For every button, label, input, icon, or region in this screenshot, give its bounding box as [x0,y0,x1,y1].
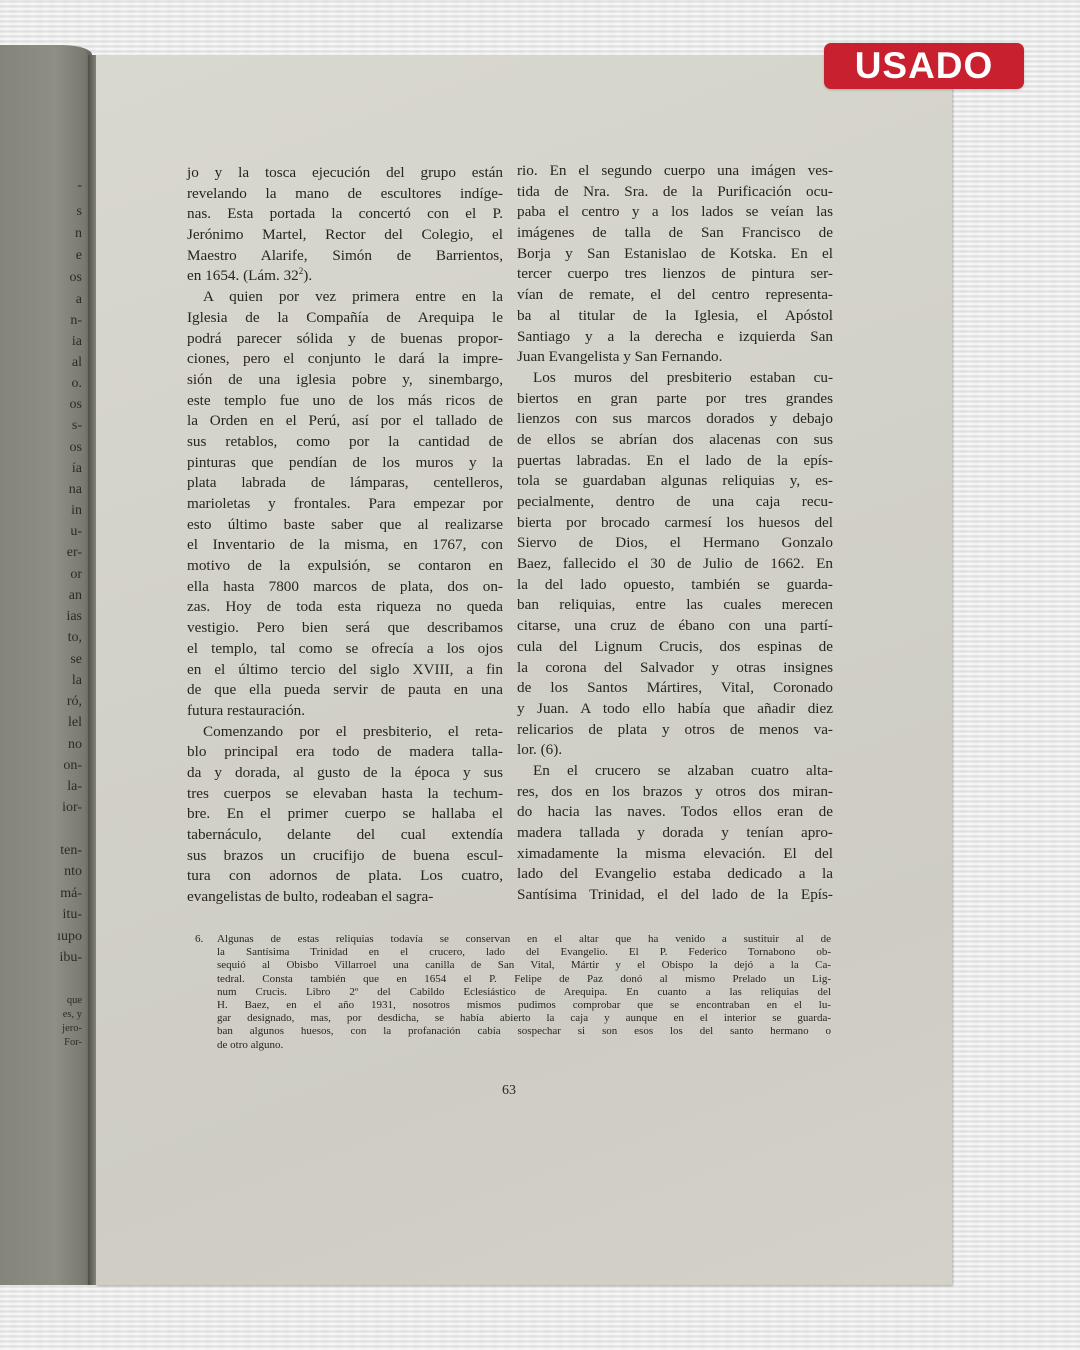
left-page-text-fragment: itu- [63,908,82,922]
left-page-text-fragment: no [68,738,82,752]
text-line: Siervo de Dios, el Hermano Gonzalo [517,533,833,554]
text-line: y Juan. A todo ello había que añadir die… [517,699,833,720]
text-line: rio. En el segundo cuerpo una imágen ves… [517,161,833,182]
text-line: lado del Evangelio estaba dedicado a la [517,864,833,885]
right-text-column: rio. En el segundo cuerpo una imágen ves… [517,161,833,906]
left-page-text-fragment: ró, [67,695,82,709]
left-page-text-fragment: ten- [60,844,82,858]
left-page-text-fragment: s [77,205,82,219]
text-line: este templo fue uno de los más ricos de [187,391,503,412]
left-page-text-fragment: er- [67,546,82,560]
left-page-text-fragment: os [70,271,82,285]
left-page-text-fragment: ior- [62,801,82,815]
text-line: relicarios de plata y otros de menos va- [517,720,833,741]
left-page-text-fragment: lel [68,716,82,730]
text-line: ella hasta 7800 marcos de plata, dos on- [187,577,503,598]
left-page-text-fragment: an [69,589,82,603]
left-page-text-fragment: ia [72,335,82,349]
text-line: bierta por brocado carmesí los huesos de… [517,513,833,534]
left-page-text-fragment: má- [60,887,82,901]
left-page-text-fragment: la [72,674,82,688]
text-line: la corona del Salvador y otras insignes [517,658,833,679]
left-page-text-fragment: os [70,398,82,412]
text-line: Maestro Alarife, Simón de Barrientos, [187,246,503,267]
text-line: tabernáculo, delante del cual extendía [187,825,503,846]
left-page-text-fragment: e [76,249,82,263]
text-line: podrá parecer sólida y de buenas propor- [187,329,503,350]
footnote-line: num Crucis. Libro 2º del Cabildo Eclesiá… [195,986,831,999]
text-line: futura restauración. [187,701,503,722]
text-line: sión de una iglesia pobre y, sinembargo, [187,370,503,391]
text-line: Juan Evangelista y San Fernando. [517,347,833,368]
text-line: blo principal era todo de madera talla- [187,742,503,763]
text-line: ciones, pero el conjunto le dará la impr… [187,349,503,370]
footnote-line: 6.Algunas de estas reliquias todavía se … [195,933,831,946]
left-page-text-fragment: - [77,179,82,193]
text-line: el Inventario de la misma, en 1767, con [187,535,503,556]
text-line: tercer cuerpo tres lienzos de pintura se… [517,264,833,285]
left-page-text-fragment: al [72,356,82,370]
left-book-page: -sneosan-iaalo.oss-osíanainu-er-oraniast… [0,45,92,1285]
text-line: lor. (6). [517,740,833,761]
footnote-line: sequió al Obisbo Villarroel una canilla … [195,959,831,972]
used-condition-badge: USADO [824,43,1024,89]
text-line: de ellos se abrían dos alacenas con sus [517,430,833,451]
text-line: evangelistas de bulto, rodeaban el sagra… [187,887,503,908]
left-page-text-fragment: se [70,653,82,667]
footnote-text: Algunas de estas reliquias todavía se co… [217,933,831,945]
text-line: bre. En el primer cuerpo se hallaba el [187,804,503,825]
text-line: de los Santos Mártires, Vital, Coronado [517,678,833,699]
text-line: tura con adornos de plata. Los cuatro, [187,866,503,887]
text-line: vían de remate, el del centro representa… [517,285,833,306]
text-line: en 1654. (Lám. 322). [187,266,503,287]
text-line: puertas labradas. En el lado de la epís- [517,451,833,472]
text-line: tida de Nra. Sra. de la Purificación ocu… [517,182,833,203]
left-page-text-fragment: or [70,568,82,582]
text-line: Santiago y a la derecha e izquierda San [517,327,833,348]
left-page-text-fragment: jero- [62,1024,82,1035]
footnote-line: tedral. Consta también que en 1654 el P.… [195,973,831,986]
text-line: Jerónimo Martel, Rector del Colegio, el [187,225,503,246]
text-line: cula del Lignum Crucis, dos espinas de [517,637,833,658]
left-text-column: jo y la tosca ejecución del grupo estánr… [187,163,503,908]
text-line: pinturas que pendían de los muros y la [187,453,503,474]
text-line: la del lado opuesto, también se guarda- [517,575,833,596]
book-page: jo y la tosca ejecución del grupo estánr… [96,55,952,1285]
text-line: pecialmente, dentro de una caja recu- [517,492,833,513]
footnote-line: la Santísima Trinidad en el crucero, lad… [195,946,831,959]
text-line: en el último tercio del siglo XVIII, a f… [187,660,503,681]
footnote-number: 6. [195,933,217,946]
text-line: Santísima Trinidad, el del lado de la Ep… [517,885,833,906]
left-page-text-fragment: in [71,504,82,518]
text-line: sus brazos un crucifijo de buena escul- [187,846,503,867]
text-line: Borja y San Estanislao de Kotska. En el [517,244,833,265]
left-page-text-fragment: n [75,227,82,241]
text-line: do hacia las naves. Todos ellos eran de [517,802,833,823]
text-line: ximadamente la misma elevación. El del [517,844,833,865]
left-page-text-fragment: u- [70,525,82,539]
text-line: A quien por vez primera entre en la [187,287,503,308]
text-line: Comenzando por el presbiterio, el reta- [187,722,503,743]
text-line: zas. Hoy de toda esta riqueza no queda [187,597,503,618]
left-page-text-fragment: on- [63,759,82,773]
left-page-text-fragment: ibu- [59,951,82,965]
text-line: Iglesia de la Compañía de Arequipa le [187,308,503,329]
left-page-text-fragment: ıupo [57,930,82,944]
text-line: de que ella pueda servir de pauta en una [187,680,503,701]
text-line: sus retablos, como por la cantidad de [187,432,503,453]
left-page-text-fragment: que [67,996,82,1007]
text-line: nas. Esta portada la concertó con el P. [187,204,503,225]
text-line: lienzos con sus marcos dorados y debajo [517,409,833,430]
left-page-text-fragment: For- [64,1038,82,1049]
text-line: biertos en gran parte por tres grandes [517,389,833,410]
footnote: 6.Algunas de estas reliquias todavía se … [195,933,831,1052]
text-line: revelando la mano de escultores indíge- [187,184,503,205]
text-line: marioletas y frontales. Para empezar por [187,494,503,515]
left-page-text-fragment: es, y [63,1010,82,1021]
footnote-line: de otro alguno. [195,1039,831,1052]
text-line: motivo de la expulsión, se contaron en [187,556,503,577]
text-line: vestigio. Pero bien será que describamos [187,618,503,639]
left-page-text-fragment: a [76,293,82,307]
left-page-text-fragment: o. [72,377,83,391]
text-line: la Orden en el Perú, así por el tallado … [187,411,503,432]
left-page-text-fragment: nto [64,865,82,879]
text-line: En el crucero se alzaban cuatro alta- [517,761,833,782]
text-line: imágenes de talla de San Francisco de [517,223,833,244]
text-line: tres cuerpos se elevaban hasta la techum… [187,784,503,805]
left-page-text-fragment: n- [70,314,82,328]
left-page-text-fragment: s- [72,419,82,433]
left-page-text-fragment: na [69,483,82,497]
text-line: ban reliquias, entre las cuales merecen [517,595,833,616]
text-line: Baez, fallecido el 30 de Julio de 1662. … [517,554,833,575]
text-line: tola se guardaban algunas reliquias y, e… [517,471,833,492]
text-line: da y dorada, al gusto de la época y sus [187,763,503,784]
footnote-line: gar designado, mas, por desdicha, se hab… [195,1012,831,1025]
text-line: el templo, tal como se ofrecía a los ojo… [187,639,503,660]
left-page-text-fragment: la- [67,780,82,794]
text-line: jo y la tosca ejecución del grupo están [187,163,503,184]
left-page-text-fragment: ía [72,462,82,476]
left-page-text-fragment: to, [68,631,82,645]
left-page-text-fragment: ias [66,610,82,624]
text-line: Los muros del presbiterio estaban cu- [517,368,833,389]
text-line: plata labrada de lámparas, centelleros, [187,473,503,494]
footnote-line: H. Baez, en el año 1931, nosotros mismos… [195,999,831,1012]
text-line: esto último baste saber que al realizars… [187,515,503,536]
text-line: ba al titular de la Iglesia, el Apóstol [517,306,833,327]
text-line: res, dos en los brazos y otros dos miran… [517,782,833,803]
text-line: citarse, una cruz de ébano con una partí… [517,616,833,637]
left-page-text-fragment: os [70,441,82,455]
text-line: paba el centro y a los lados se veían la… [517,202,833,223]
page-number: 63 [502,1083,516,1099]
text-line: madera tallada y dorada y tenían apro- [517,823,833,844]
footnote-line: ban algunos huesos, con la profanación c… [195,1025,831,1038]
